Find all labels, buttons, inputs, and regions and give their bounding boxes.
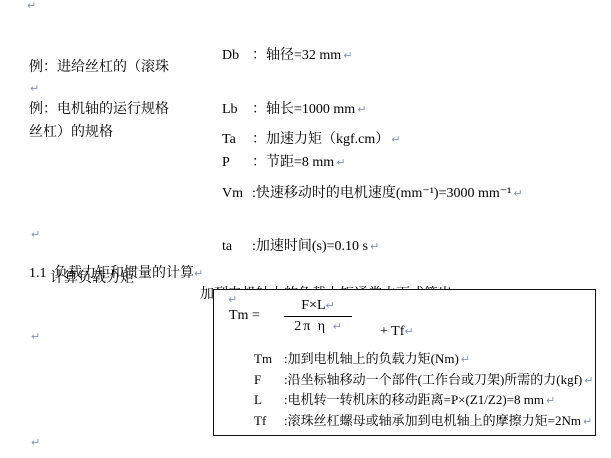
paragraph-mark-icon: ↵: [343, 50, 352, 61]
legend-row: L:电机转一转机床的移动距离=P×(Z1/Z2)=8 mm↵: [254, 390, 593, 411]
paragraph-mark-icon: ↵: [228, 294, 237, 305]
legend-symbol: L: [254, 390, 284, 411]
paragraph-mark-icon: ↵: [326, 299, 335, 312]
paragraph-mark-icon: ↵: [31, 331, 40, 342]
paragraph-mark-icon: ↵: [391, 134, 400, 145]
paragraph-mark-icon: ↵: [546, 395, 555, 406]
document-page: { "marks": { "pilcrow": "↵" }, "example1…: [0, 0, 611, 458]
example2-label: 例：电机轴的运行规格: [29, 99, 169, 121]
paragraph-mark-icon: ↵: [333, 320, 342, 333]
spec-symbol: Ta: [222, 129, 252, 151]
legend-symbol: F: [254, 370, 284, 391]
spec-symbol: Vm: [222, 183, 252, 205]
paragraph-mark-icon: ↵: [31, 229, 40, 240]
formula-box: ↵ Tm = F×L↵ 2π η ↵ + Tf↵ Tm:加到电机轴上的负载力矩(…: [213, 289, 596, 436]
paragraph-mark-icon: ↵: [31, 437, 40, 448]
legend-text: :加到电机轴上的负载力矩(Nm): [284, 349, 459, 370]
formula-numerator-text: F×L: [301, 298, 325, 313]
paragraph-mark-icon: ↵: [404, 325, 413, 338]
paragraph-mark-icon: ↵: [583, 416, 592, 427]
legend-row: Tf:滚珠丝杠螺母或轴承加到电机轴上的摩擦力矩=2Nm↵: [254, 411, 593, 432]
legend-text: :电机转一转机床的移动距离=P×(Z1/Z2)=8 mm: [284, 390, 544, 411]
spec-row: Ta：加速力矩（kgf.cm）↵: [222, 129, 523, 151]
formula-denominator-text: 2π η: [294, 319, 327, 334]
legend-row: F:沿坐标轴移动一个部件(工作台或刀架)所需的力(kgf)↵: [254, 370, 593, 391]
paragraph-mark-icon: ↵: [370, 241, 379, 252]
legend-symbol: Tm: [254, 349, 284, 370]
paragraph-mark-icon: ↵: [461, 354, 470, 365]
spec-text: ：轴径=32 mm: [252, 45, 341, 67]
legend-symbol: Tf: [254, 411, 284, 432]
legend-text: :滚珠丝杠螺母或轴承加到电机轴上的摩擦力矩=2Nm: [284, 411, 581, 432]
spec-row: ta:加速时间(s)=0.10 s↵: [222, 236, 523, 258]
spec-row: Vm:快速移动时的电机速度(mm⁻¹)=3000 mm⁻¹↵: [222, 183, 523, 205]
legend-row: Tm:加到电机轴上的负载力矩(Nm)↵: [254, 349, 593, 370]
paragraph-mark-icon: ↵: [27, 0, 36, 11]
formula-numerator: F×L↵: [284, 298, 352, 317]
spec-text: :加速时间(s)=0.10 s: [252, 236, 368, 258]
section-subtitle: 计算负载力矩: [50, 267, 134, 287]
formula-lhs: Tm =: [229, 308, 260, 324]
spec-symbol: Db: [222, 45, 252, 67]
paragraph-mark-icon: ↵: [513, 188, 522, 199]
example1-label-line1: 例：进给丝杠的（滚珠: [29, 57, 169, 79]
spec-text: ：加速力矩（kgf.cm）: [252, 129, 389, 151]
paragraph-mark-icon: ↵: [584, 375, 593, 386]
formula-denominator: 2π η ↵: [284, 317, 352, 335]
formula-legend: Tm:加到电机轴上的负载力矩(Nm)↵ F:沿坐标轴移动一个部件(工作台或刀架)…: [254, 349, 593, 432]
formula-suffix-text: + Tf: [380, 324, 404, 339]
spec-symbol: ta: [222, 236, 252, 258]
example1-label: 例：进给丝杠的（滚珠 丝杠）的规格: [29, 14, 169, 165]
formula-fraction: F×L↵ 2π η ↵: [284, 298, 352, 335]
spec-row: Db：轴径=32 mm↵: [222, 45, 366, 67]
legend-text: :沿坐标轴移动一个部件(工作台或刀架)所需的力(kgf): [284, 370, 582, 391]
spec-text: :快速移动时的电机速度(mm⁻¹)=3000 mm⁻¹: [252, 183, 511, 205]
example1-label-line2: 丝杠）的规格: [29, 122, 169, 144]
